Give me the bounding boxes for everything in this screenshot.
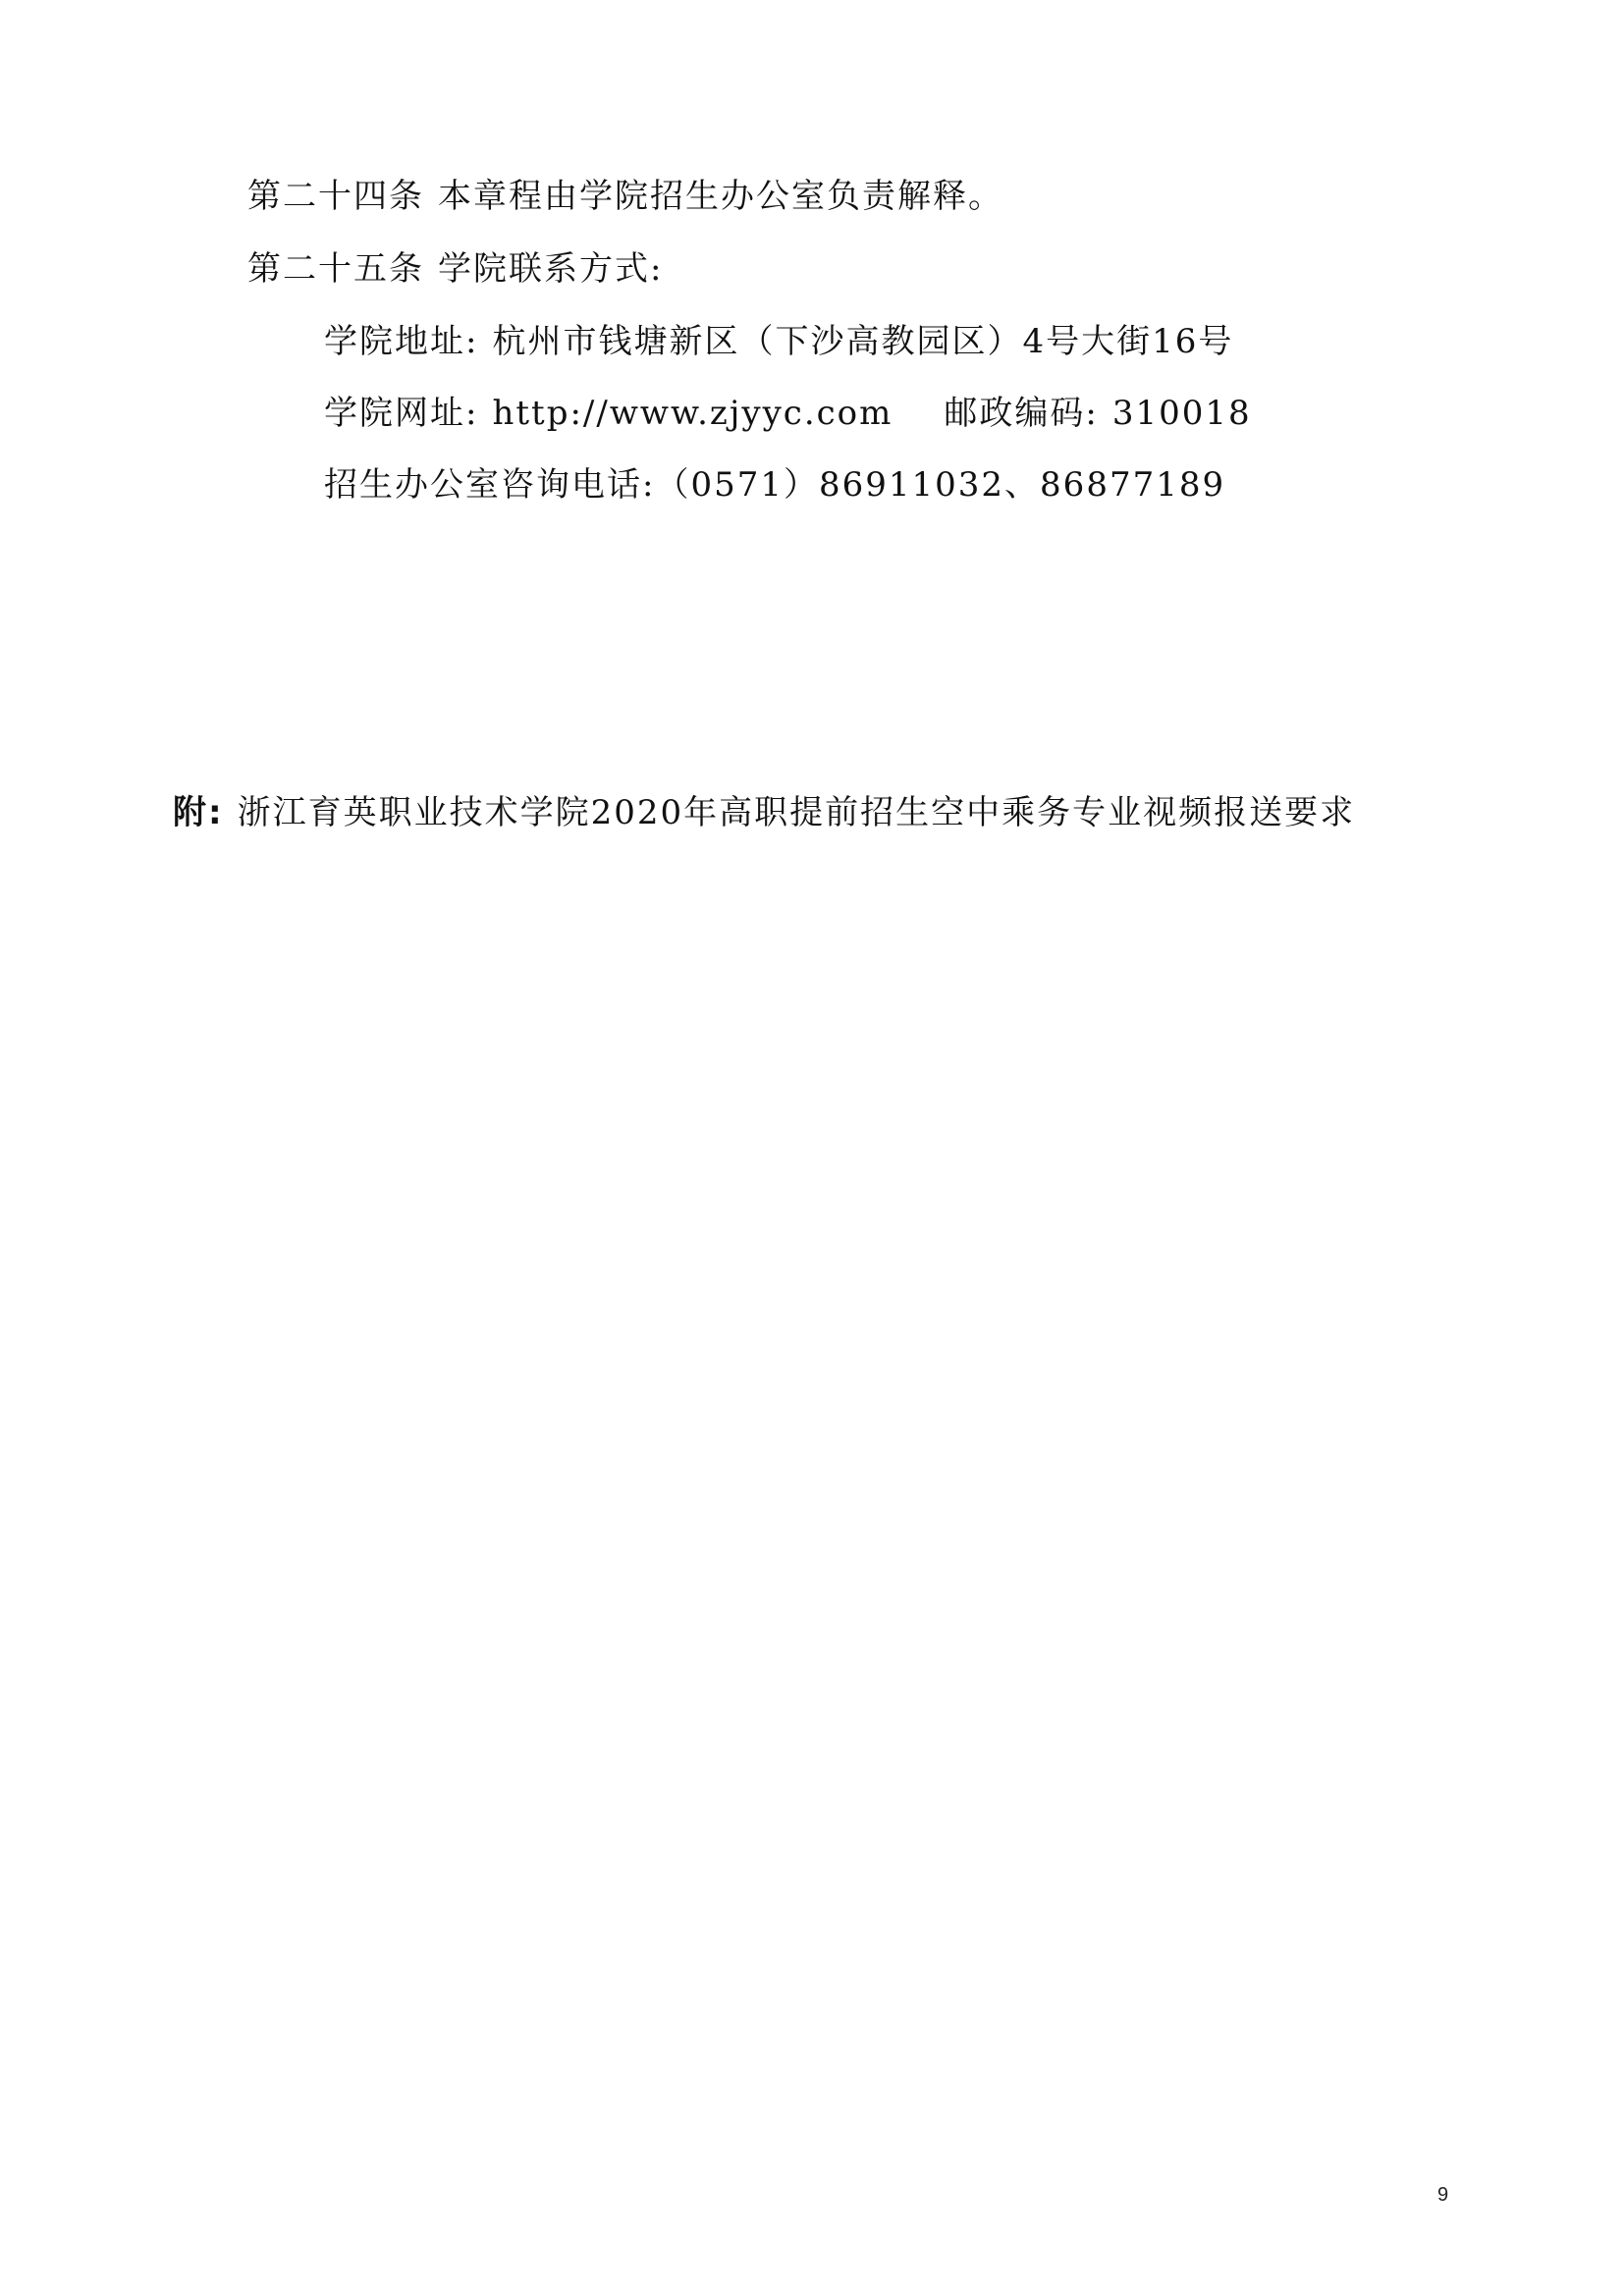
article-25: 第二十五条学院联系方式: xyxy=(247,247,663,291)
phone-value: （0571）86911032、86877189 xyxy=(655,465,1225,505)
address-value: 杭州市钱塘新区（下沙高教园区）4号大街16号 xyxy=(492,322,1233,361)
article-24-number: 第二十四条 xyxy=(247,177,424,216)
contact-website-postcode: 学院网址:http://www.zjyyc.com邮政编码:310018 xyxy=(324,392,1252,435)
postcode-value: 310018 xyxy=(1112,394,1252,433)
website-link[interactable]: http://www.zjyyc.com xyxy=(492,394,893,433)
appendix-title: 浙江育英职业技术学院2020年高职提前招生空中乘务专业视频报送要求 xyxy=(238,793,1356,832)
postcode-label: 邮政编码: xyxy=(944,394,1098,433)
address-label: 学院地址: xyxy=(324,322,478,361)
page-number: 9 xyxy=(1437,2184,1448,2207)
appendix: 附:浙江育英职业技术学院2020年高职提前招生空中乘务专业视频报送要求 xyxy=(173,791,1355,834)
appendix-label: 附: xyxy=(173,793,224,832)
website-label: 学院网址: xyxy=(324,394,478,433)
phone-label: 招生办公室咨询电话: xyxy=(324,465,655,505)
article-24-text: 本章程由学院招生办公室负责解释。 xyxy=(438,177,1003,216)
contact-phone: 招生办公室咨询电话:（0571）86911032、86877189 xyxy=(324,463,1225,507)
article-25-text: 学院联系方式: xyxy=(438,249,663,289)
contact-address: 学院地址:杭州市钱塘新区（下沙高教园区）4号大街16号 xyxy=(324,320,1233,363)
article-24: 第二十四条本章程由学院招生办公室负责解释。 xyxy=(247,175,1003,218)
article-25-number: 第二十五条 xyxy=(247,249,424,289)
